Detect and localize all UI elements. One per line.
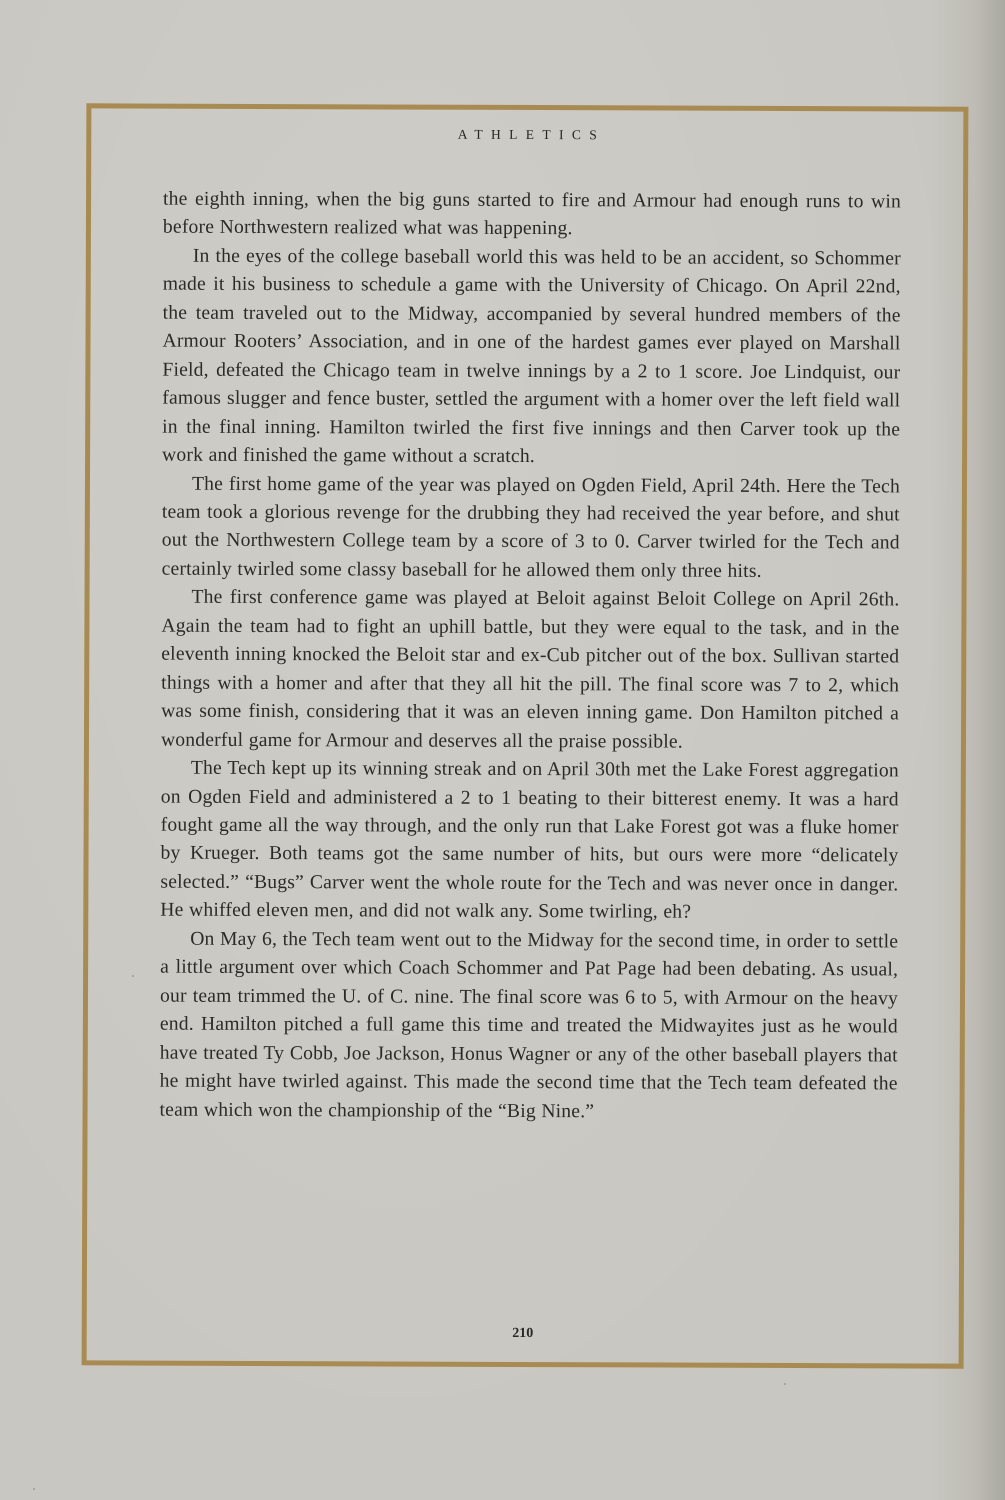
paper-speck	[784, 1383, 786, 1385]
article-body: the eighth inning, when the big guns sta…	[160, 186, 902, 1128]
page-border-frame: ATHLETICS the eighth inning, when the bi…	[82, 103, 969, 1368]
running-head: ATHLETICS	[91, 125, 963, 144]
page-number: 210	[87, 1324, 959, 1343]
paragraph: The first home game of the year was play…	[162, 470, 900, 587]
paragraph: In the eyes of the college baseball worl…	[162, 243, 901, 473]
paragraph: The Tech kept up its winning streak and …	[160, 755, 899, 929]
paragraph-continued: the eighth inning, when the big guns sta…	[163, 186, 901, 246]
paper-speck	[132, 975, 134, 977]
paragraph: On May 6, the Tech team went out to the …	[160, 925, 899, 1127]
paper-speck	[33, 1488, 35, 1490]
paragraph: The first conference game was played at …	[161, 584, 900, 758]
